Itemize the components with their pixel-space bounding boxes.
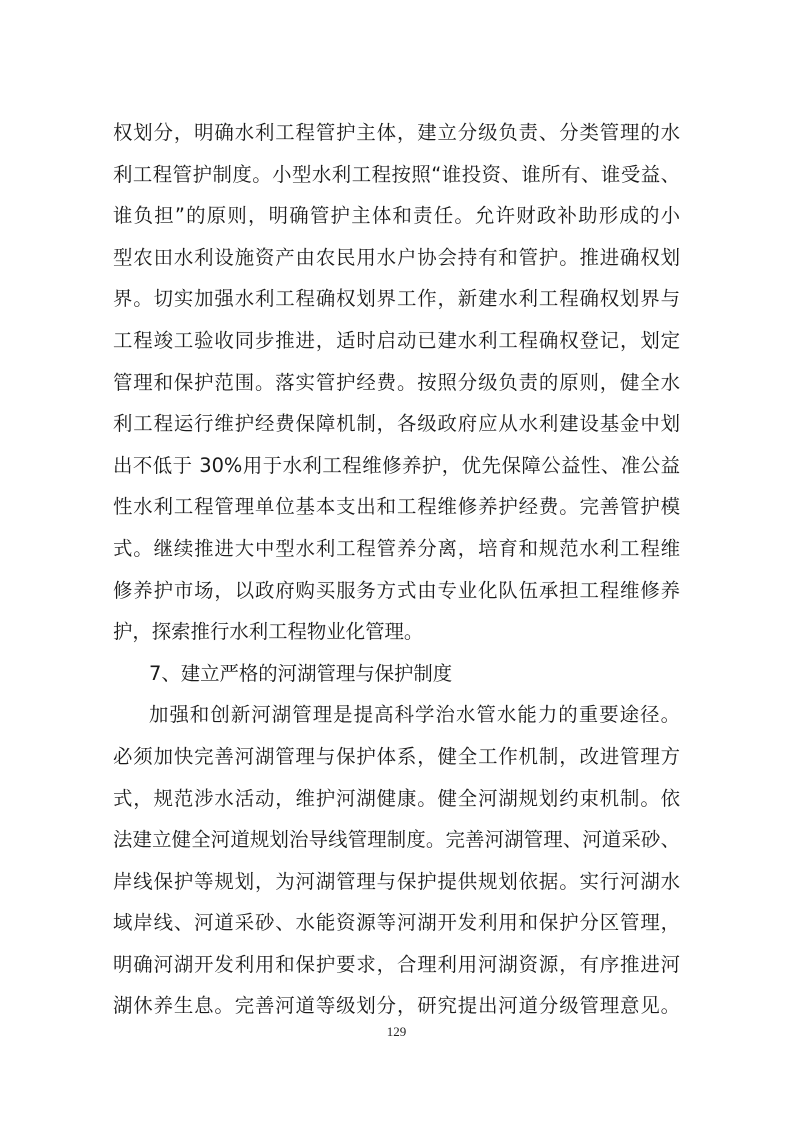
text-line: 式，规范涉水活动，维护河湖健康。健全河湖规划约束机制。依	[113, 778, 680, 820]
text-line: 工程竣工验收同步推进，适时启动已建水利工程确权登记，划定	[113, 320, 680, 362]
paragraph-continued: 权划分，明确水利工程管护主体，建立分级负责、分类管理的水 利工程管护制度。小型水…	[113, 112, 680, 653]
text-line: 岸线保护等规划，为河湖管理与保护提供规划依据。实行河湖水	[113, 861, 680, 903]
text-line: 湖休养生息。完善河道等级划分，研究提出河道分级管理意见。	[113, 985, 680, 1027]
page-number: 129	[0, 1024, 793, 1040]
text-line: 利工程运行维护经费保障机制，各级政府应从水利建设基金中划	[113, 403, 680, 445]
text-line: 法建立健全河道规划治导线管理制度。完善河湖管理、河道采砂、	[113, 819, 680, 861]
text-line: 界。切实加强水利工程确权划界工作，新建水利工程确权划界与	[113, 278, 680, 320]
text-line: 明确河湖开发利用和保护要求，合理利用河湖资源，有序推进河	[113, 944, 680, 986]
text-line: 护，探索推行水利工程物业化管理。	[113, 611, 680, 653]
text-line: 式。继续推进大中型水利工程管养分离，培育和规范水利工程维	[113, 528, 680, 570]
text-line: 管理和保护范围。落实管护经费。按照分级负责的原则，健全水	[113, 362, 680, 404]
text-line: 利工程管护制度。小型水利工程按照“谁投资、谁所有、谁受益、	[113, 154, 680, 196]
text-line: 加强和创新河湖管理是提高科学治水管水能力的重要途径。	[113, 694, 680, 736]
text-line: 性水利工程管理单位基本支出和工程维修养护经费。完善管护模	[113, 486, 680, 528]
text-line: 权划分，明确水利工程管护主体，建立分级负责、分类管理的水	[113, 112, 680, 154]
text-line: 谁负担”的原则，明确管护主体和责任。允许财政补助形成的小	[113, 195, 680, 237]
text-line: 出不低于 30%用于水利工程维修养护，优先保障公益性、准公益	[113, 445, 680, 487]
text-line: 域岸线、河道采砂、水能资源等河湖开发利用和保护分区管理，	[113, 902, 680, 944]
body-text: 权划分，明确水利工程管护主体，建立分级负责、分类管理的水 利工程管护制度。小型水…	[113, 112, 680, 1027]
text-line: 必须加快完善河湖管理与保护体系，健全工作机制，改进管理方	[113, 736, 680, 778]
text-line: 型农田水利设施资产由农民用水户协会持有和管护。推进确权划	[113, 237, 680, 279]
section-heading: 7、建立严格的河湖管理与保护制度	[113, 653, 680, 695]
paragraph-2: 加强和创新河湖管理是提高科学治水管水能力的重要途径。 必须加快完善河湖管理与保护…	[113, 694, 680, 1027]
document-page: 权划分，明确水利工程管护主体，建立分级负责、分类管理的水 利工程管护制度。小型水…	[0, 0, 793, 1122]
text-line: 修养护市场，以政府购买服务方式由专业化队伍承担工程维修养	[113, 570, 680, 612]
